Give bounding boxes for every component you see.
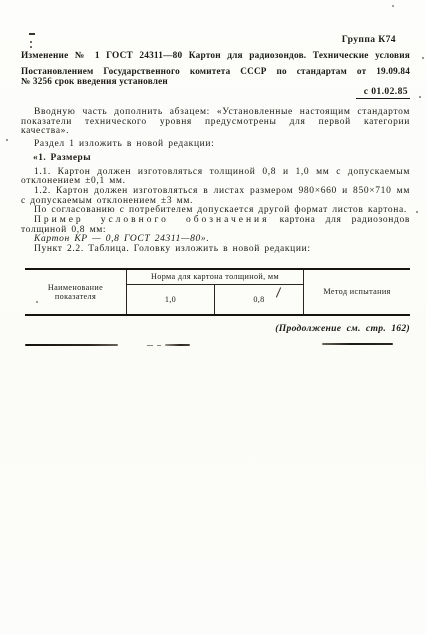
scan-speck — [6, 139, 8, 141]
document-title: Изменение № 1 ГОСТ 24311—80 Картон для р… — [21, 51, 410, 61]
continuation-note: (Продолжение см. стр. 162) — [275, 323, 410, 334]
scan-artifact-dash — [165, 344, 190, 346]
scan-speck — [36, 301, 38, 303]
scan-artifact-dash — [147, 345, 153, 346]
table-note: Пункт 2.2. Таблица. Головку изложить в н… — [21, 245, 410, 255]
scan-artifact-margin-mark — [29, 33, 35, 35]
decree-line-1: Постановлением Государственного комитета… — [21, 66, 410, 76]
scan-speck — [392, 5, 394, 7]
clause-1-2: 1.2. Картон должен изготовляться в листа… — [21, 187, 410, 206]
scan-artifact-line-right — [322, 343, 393, 345]
table-thickness-value-0-8: 0,8 — [253, 295, 264, 304]
spec-table: Наименование показателя Норма для картон… — [25, 268, 410, 316]
table-method-header-cell: Метод испытания — [303, 270, 410, 314]
intro-paragraph: Вводную часть дополнить абзацем: «Устано… — [21, 108, 410, 137]
pen-mark-artifact — [275, 287, 281, 298]
scan-speck — [30, 46, 32, 48]
decree-text: Постановлением Государственного комитета… — [21, 66, 410, 86]
example-spaced-label: Пример условного обозначения — [34, 215, 269, 225]
scan-artifact-dash — [157, 345, 161, 346]
section-heading: «1. Размеры — [33, 154, 410, 164]
section-note: Раздел 1 изложить в новой редакции: — [21, 140, 410, 150]
scan-speck — [419, 96, 421, 98]
group-label: Группа К74 — [342, 34, 396, 45]
scan-speck — [416, 211, 418, 213]
example-paragraph: Пример условного обозначения картона для… — [21, 216, 410, 235]
clause-1-1: 1.1. Картон должен изготовляться толщино… — [21, 168, 410, 187]
table-norm-header-cell: Норма для картона толщиной, мм — [127, 270, 303, 285]
scan-artifact-line-left — [25, 344, 118, 346]
effective-date: с 01.02.85 — [356, 86, 410, 99]
scan-speck — [422, 57, 424, 59]
scan-speck — [30, 41, 32, 43]
table-thickness-cell-1-0: 1,0 — [127, 285, 215, 314]
table-thickness-cell-0-8: 0,8 — [215, 285, 303, 314]
document-body: Вводную часть дополнить абзацем: «Устано… — [21, 108, 410, 255]
decree-line-2: № 3256 срок введения установлен — [21, 76, 410, 86]
scanned-document-page: Группа К74 Изменение № 1 ГОСТ 24311—80 К… — [0, 0, 426, 634]
table-name-header-cell: Наименование показателя — [25, 270, 127, 314]
